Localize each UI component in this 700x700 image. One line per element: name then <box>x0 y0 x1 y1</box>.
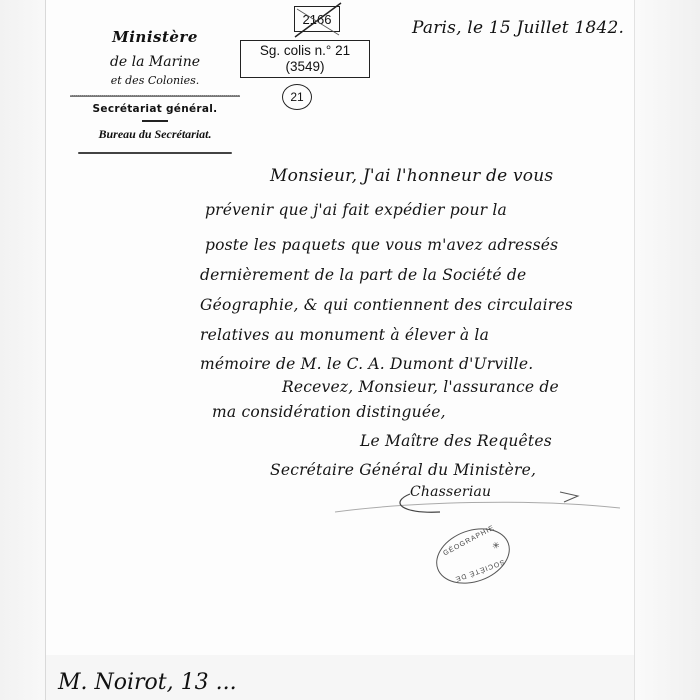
letterhead-dash <box>142 120 168 122</box>
dateline: Paris, le 15 Juillet 1842. <box>412 18 624 38</box>
body-line-4: Géographie, & qui contiennent des circul… <box>200 296 573 314</box>
body-line-2: poste les paquets que vous m'avez adress… <box>205 236 558 254</box>
letterhead-colonies: et des Colonies. <box>70 74 240 87</box>
body-line-6: mémoire de M. le C. A. Dumont d'Urville. <box>200 355 533 373</box>
bottom-address: M. Noirot, 13 ... <box>58 670 237 695</box>
letterhead-secretariat: Secrétariat général. <box>70 103 240 115</box>
letterhead: Ministère de la Marine et des Colonies. … <box>70 28 240 154</box>
body-line-3: dernièrement de la part de la Société de <box>200 266 526 284</box>
body-line-1: prévenir que j'ai fait expédier pour la <box>205 201 507 219</box>
salutation: Monsieur, J'ai l'honneur de vous <box>270 166 553 186</box>
letterhead-marine: de la Marine <box>70 54 240 70</box>
circled-number: 21 <box>282 84 312 110</box>
reference-box: Sg. colis n.° 21 (3549) <box>240 40 370 78</box>
letterhead-rule <box>70 95 240 97</box>
reference-line1: Sg. colis n.° 21 <box>241 43 369 59</box>
letterhead-underline <box>78 152 232 154</box>
crossed-out-number-box: 2166 <box>294 6 340 32</box>
signature-flourish <box>330 488 630 518</box>
closing-line-2: ma considération distinguée, <box>212 403 446 421</box>
letterhead-ministry: Ministère <box>70 28 240 46</box>
letterhead-bureau: Bureau du Secrétariat. <box>70 127 240 142</box>
body-line-5: relatives au monument à élever à la <box>200 326 489 344</box>
closing-line-1: Recevez, Monsieur, l'assurance de <box>282 378 559 396</box>
strike-through-icon <box>293 1 345 39</box>
signature-title-1: Le Maître des Requêtes <box>360 432 552 450</box>
signature-title-2: Secrétaire Général du Ministère, <box>270 461 536 479</box>
stamp-star-icon: ✳ <box>491 540 502 553</box>
reference-line2: (3549) <box>241 59 369 75</box>
